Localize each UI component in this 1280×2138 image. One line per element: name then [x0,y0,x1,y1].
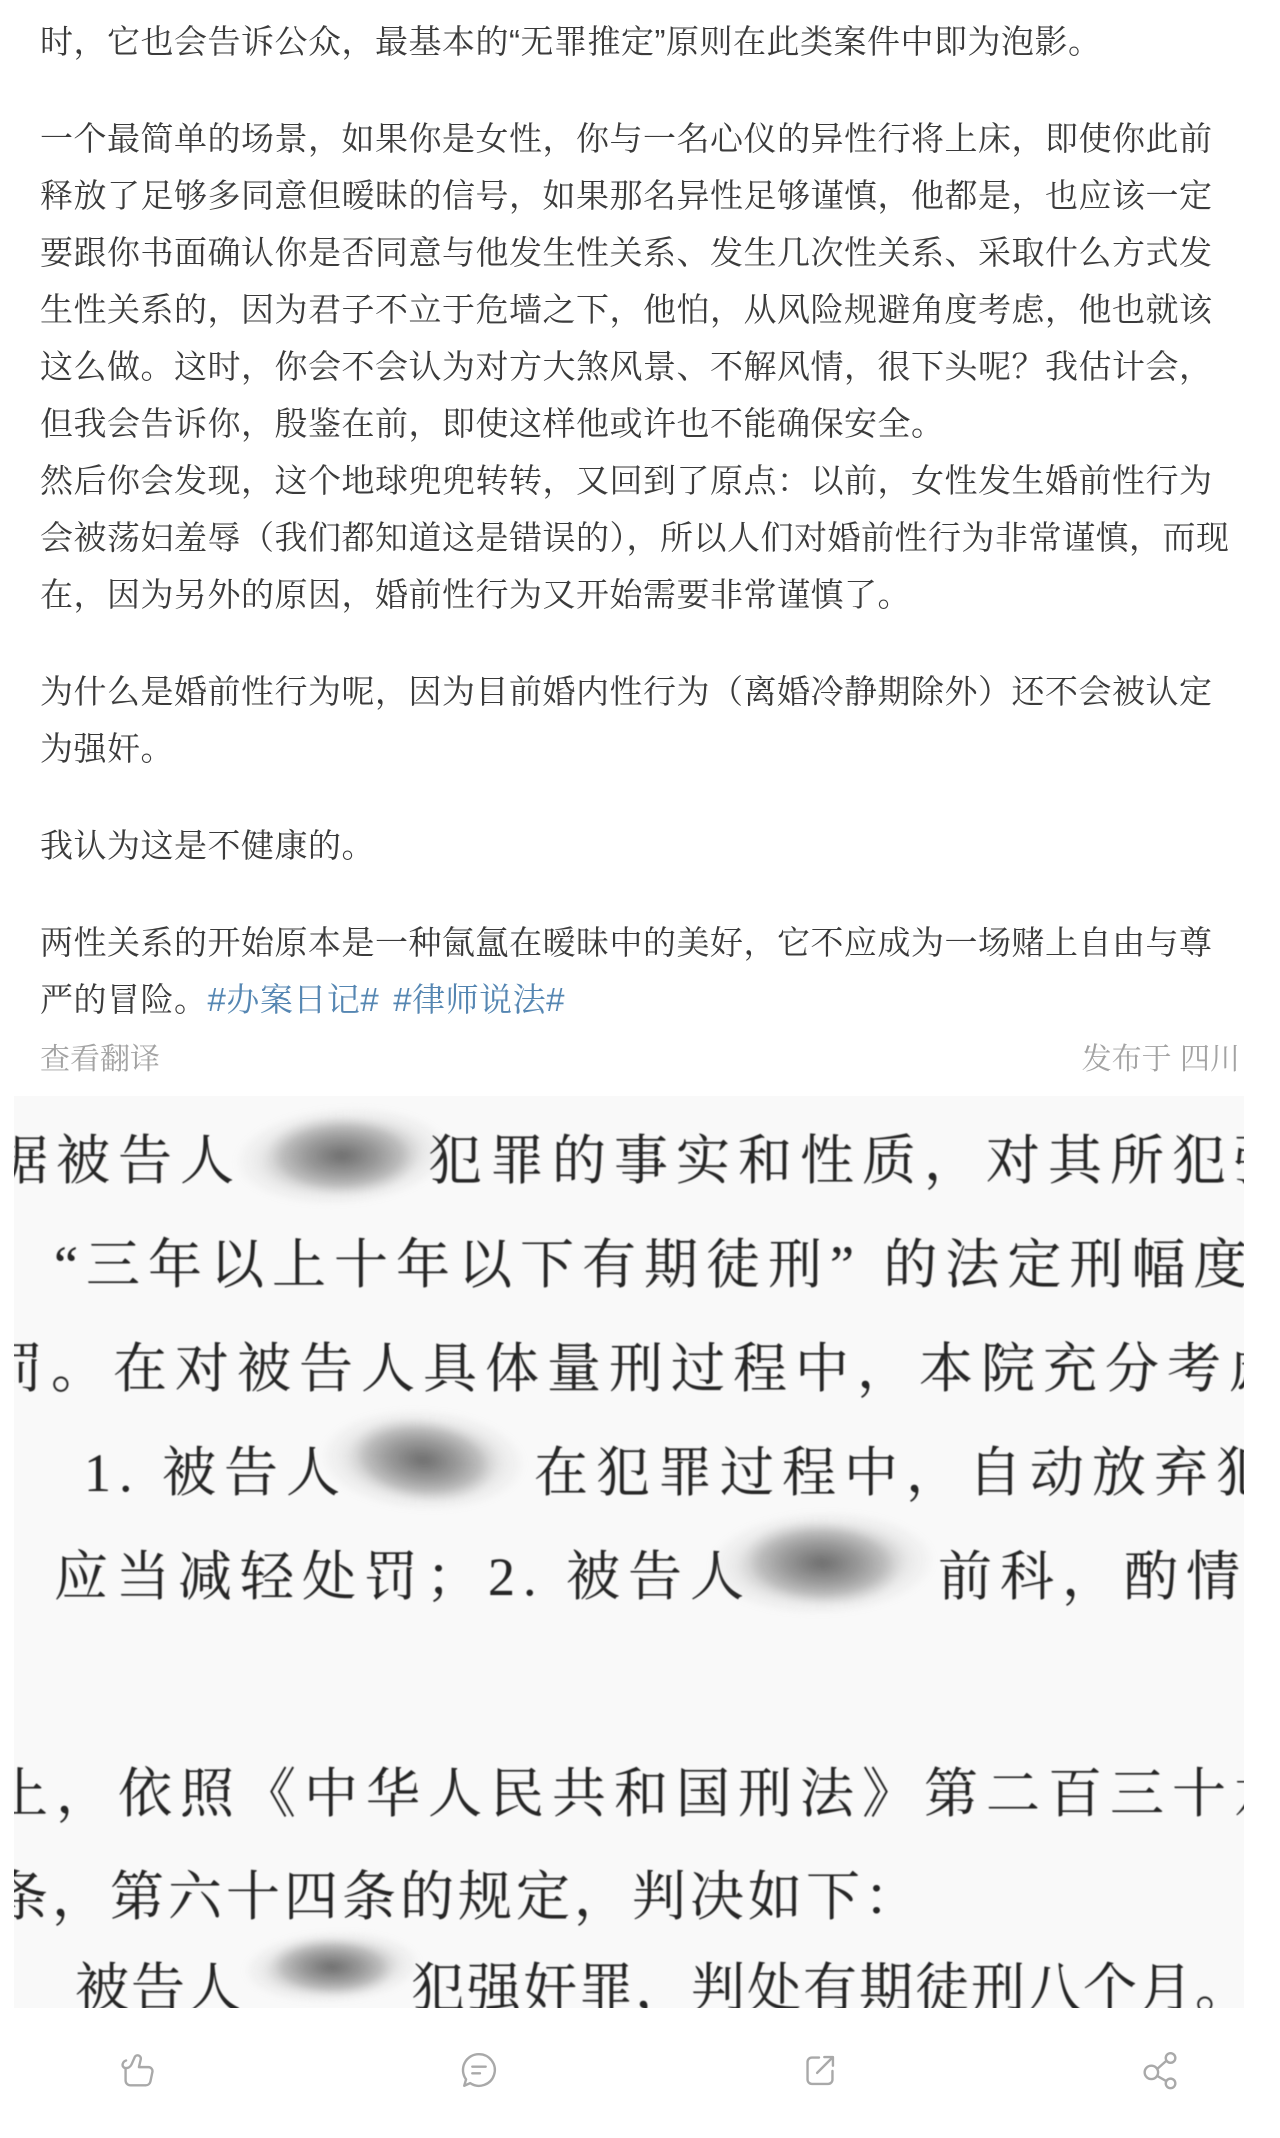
scan-text-line: “三年以上十年以下有期徒刑” 的法定刑幅度以 [54,1222,1244,1299]
post-location: 发布于 四川 [1082,1038,1240,1082]
comment-button[interactable] [455,2046,503,2094]
share-button[interactable] [1136,2046,1184,2094]
scan-text-line: 应当减轻处罚；2. 被告人 前科，酌情， [54,1534,1244,1611]
hashtag-link-banan-riji[interactable]: #办案日记# [208,981,380,1018]
scan-text-line: 罚。在对被告人具体量刑过程中，本院充分考虑 [14,1326,1244,1403]
thumbs-up-icon [116,2047,162,2093]
post-paragraph: 两性关系的开始原本是一种氤氲在暧昧中的美好，它不应成为一场赌上自由与尊严的冒险。… [40,914,1240,1028]
post-paragraph: 然后你会发现，这个地球兜兜转转，又回到了原点：以前，女性发生婚前性行为会被荡妇羞… [40,452,1240,623]
post-meta-row: 查看翻译 发布于 四川 [0,1038,1280,1082]
repost-button[interactable] [796,2046,844,2094]
repost-external-icon [797,2047,843,2093]
redaction-smudge [225,1096,460,1216]
court-verdict-image[interactable]: 据被告人 犯罪的事实和性质，对其所犯强 “三年以上十年以下有期徒刑” 的法定刑幅… [14,1096,1244,2008]
share-nodes-icon [1137,2047,1183,2093]
post-paragraph: 为什么是婚前性行为呢，因为目前婚内性行为（离婚冷静期除外）还不会被认定为强奸。 [40,663,1240,777]
post-body: 而当这样的判决结果出现在公众视野之中并引发巨大争议与讨论的同时呢 时，它也会告诉… [0,0,1280,1028]
scan-text-line: 上，依照《中华人民共和国刑法》第二百三十六 [14,1751,1244,1828]
like-button[interactable] [115,2046,163,2094]
view-translation-link[interactable]: 查看翻译 [40,1038,160,1082]
comment-bubble-icon [456,2047,502,2093]
action-toolbar [0,2040,1280,2100]
scan-text-line: 1. 被告人 在犯罪过程中，自动放弃犯罪， [84,1430,1244,1507]
hashtag-link-lvshi-shuofa[interactable]: #律师说法# [393,981,565,1018]
scan-text-line: 条，第六十四条的规定，判决如下： [14,1854,922,1931]
post-paragraph: 时，它也会告诉公众，最基本的“无罪推定”原则在此类案件中即为泡影。 [40,13,1240,70]
post-paragraph: 一个最简单的场景，如果你是女性，你与一名心仪的异性行将上床，即使你此前释放了足够… [40,110,1240,452]
clipped-text-line: 而当这样的判决结果出现在公众视野之中并引发巨大争议与讨论的同时呢 [40,0,1240,13]
scan-text-line: 据被告人 犯罪的事实和性质，对其所犯强 [14,1118,1244,1195]
post-paragraph: 我认为这是不健康的。 [40,817,1240,874]
